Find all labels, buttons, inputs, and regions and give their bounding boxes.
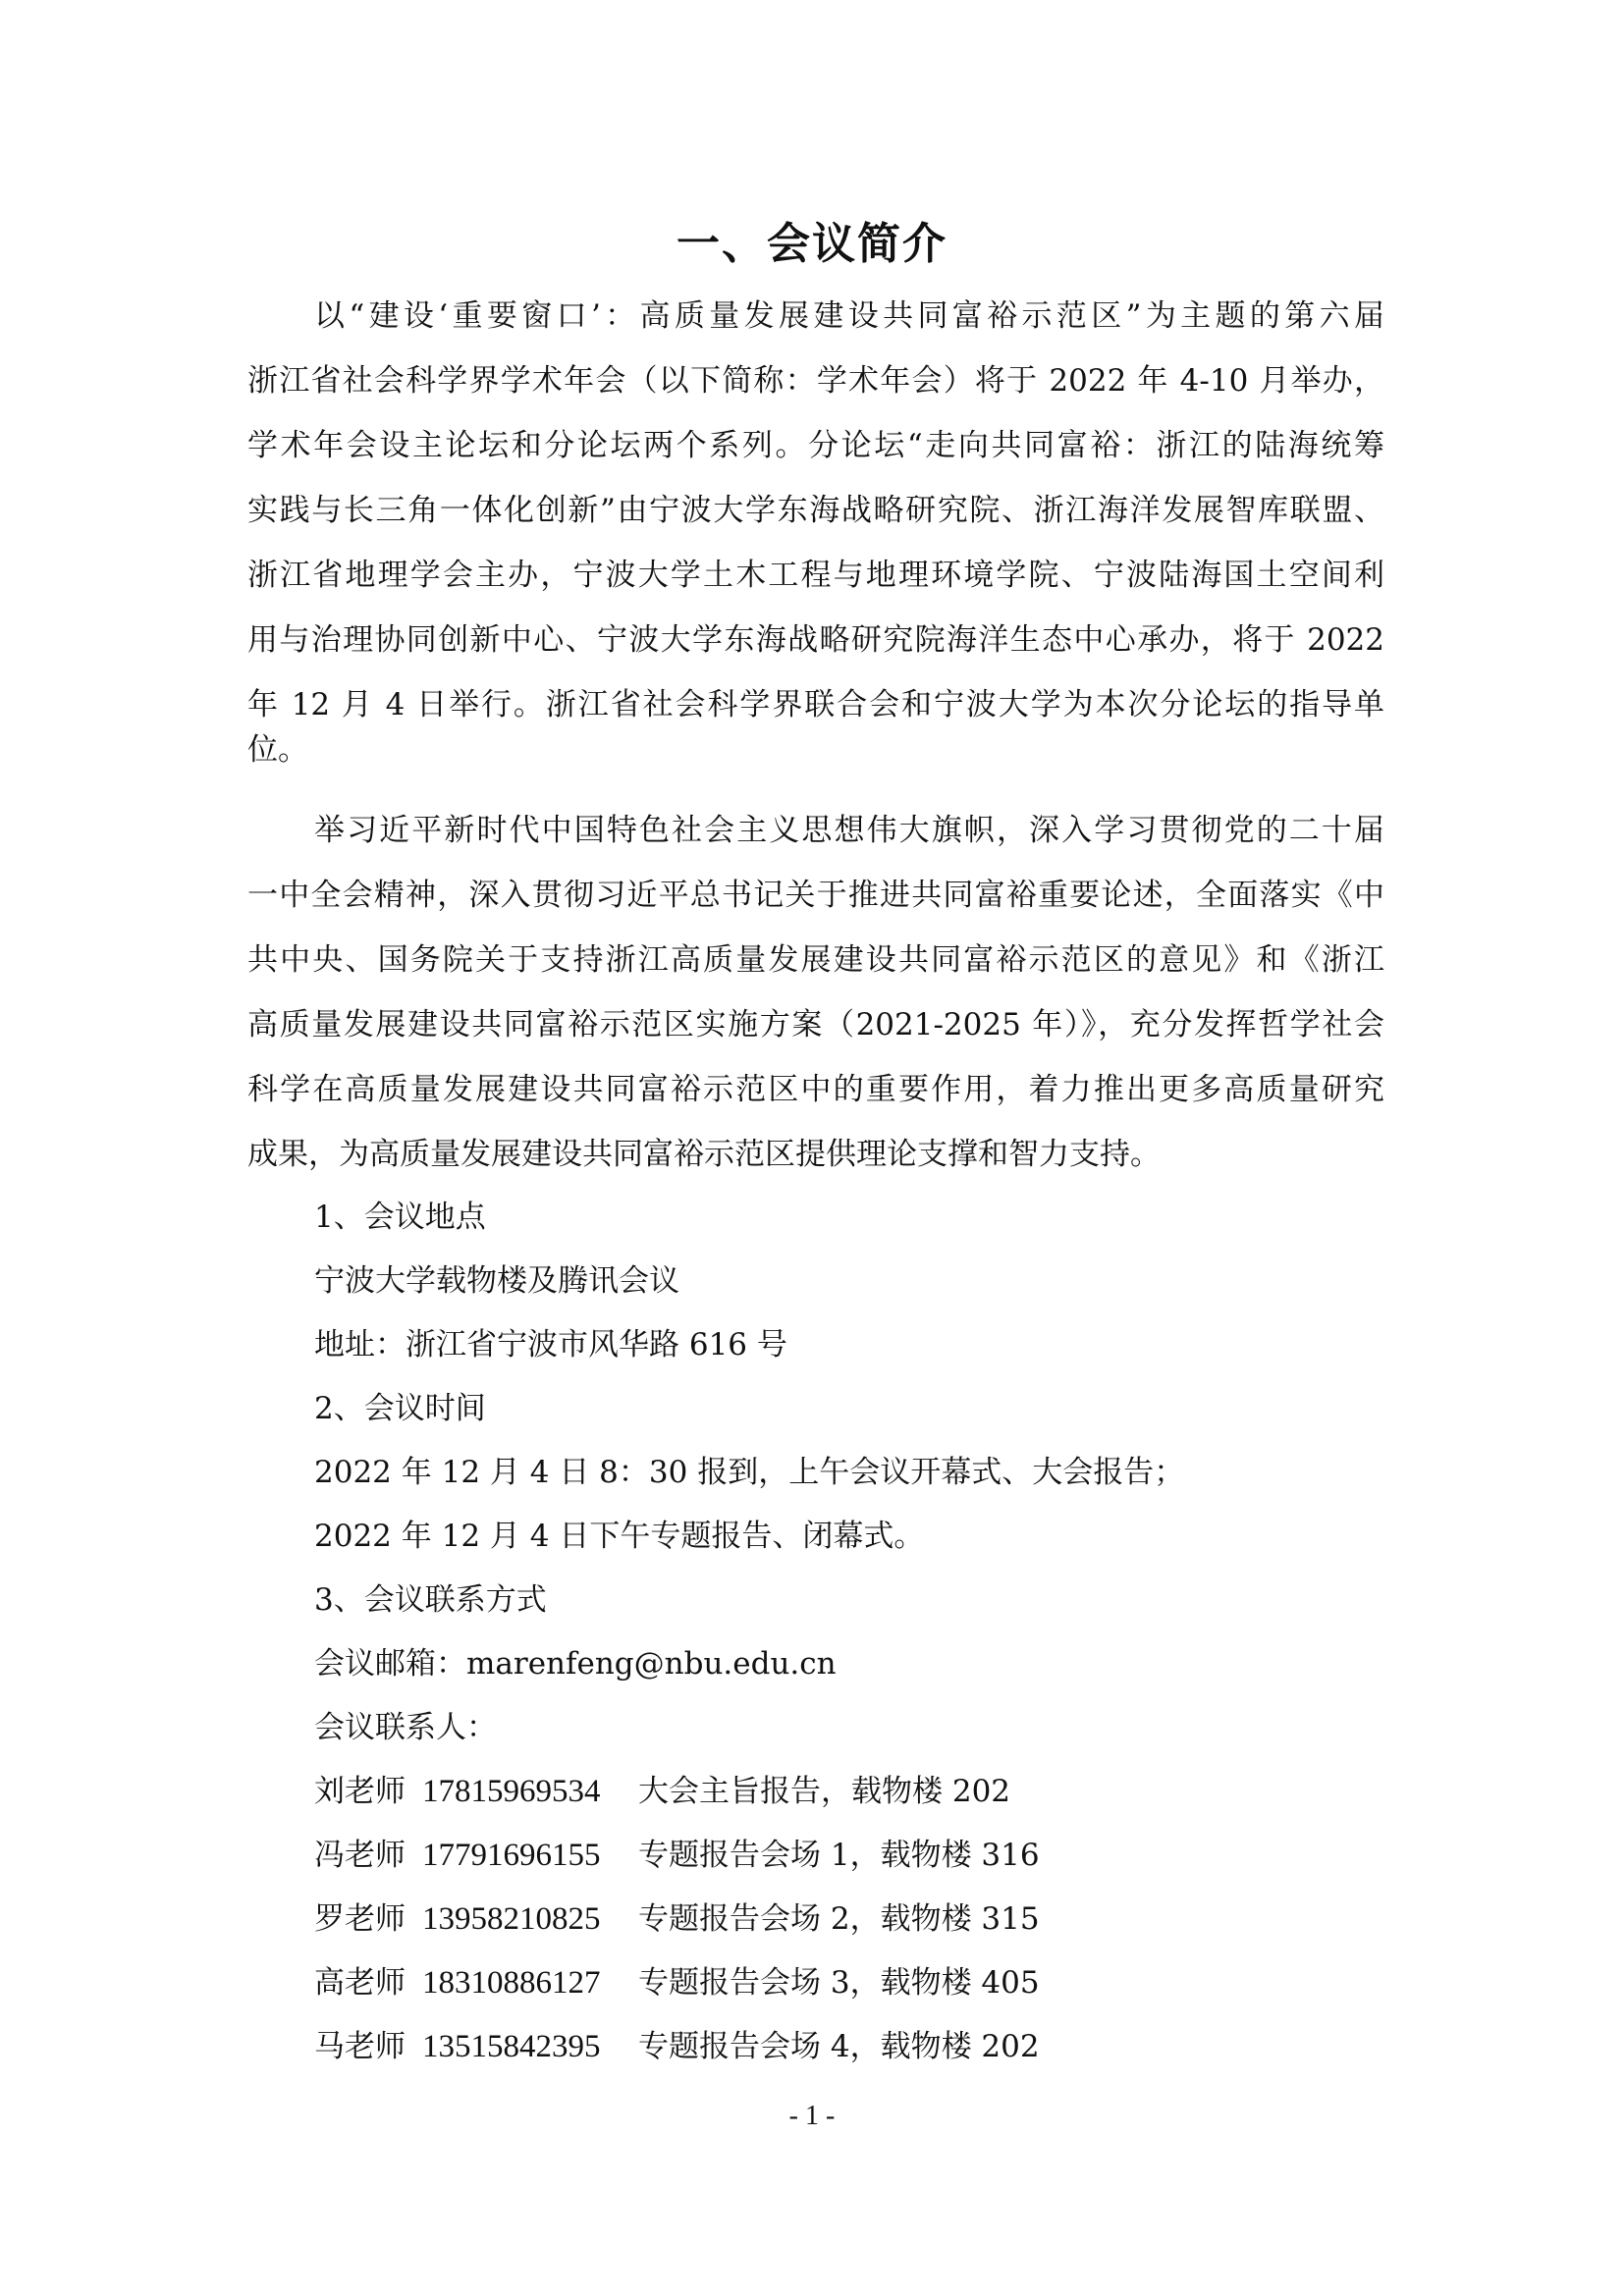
contact-desc: 专题报告会场 2，载物楼 315 bbox=[638, 1899, 1040, 1939]
section-heading-location: 1、会议地点 bbox=[314, 1198, 1451, 1237]
contact-row: 高老师 18310886127 专题报告会场 3，载物楼 405 bbox=[314, 1963, 1040, 2002]
contact-row: 罗老师 13958210825 专题报告会场 2，载物楼 315 bbox=[314, 1899, 1040, 1939]
paragraph-line: 实践与长三角一体化创新”由宁波大学东海战略研究院、浙江海洋发展智库联盟、 bbox=[247, 491, 1384, 530]
contact-name: 高老师 bbox=[314, 1963, 422, 2002]
paragraph-line: 用与治理协同创新中心、宁波大学东海战略研究院海洋生态中心承办，将于 2022 bbox=[247, 620, 1384, 660]
contact-phone: 17791696155 bbox=[422, 1836, 638, 1875]
contact-phone: 18310886127 bbox=[422, 1963, 638, 2002]
contact-row: 冯老师 17791696155 专题报告会场 1，载物楼 316 bbox=[314, 1836, 1040, 1875]
contact-name: 刘老师 bbox=[314, 1772, 422, 1811]
page-title: 一、会议简介 bbox=[0, 208, 1624, 271]
contact-name: 罗老师 bbox=[314, 1899, 422, 1939]
contact-desc: 专题报告会场 1，载物楼 316 bbox=[638, 1836, 1040, 1875]
section-heading-contact: 3、会议联系方式 bbox=[314, 1580, 1451, 1620]
page-number: - 1 - bbox=[0, 2101, 1624, 2132]
email-line[interactable]: 会议邮箱：marenfeng@nbu.edu.cn bbox=[314, 1644, 1451, 1683]
contact-phone: 17815969534 bbox=[422, 1772, 638, 1811]
address-text: 地址：浙江省宁波市风华路 616 号 bbox=[314, 1325, 1451, 1364]
venue-text: 宁波大学载物楼及腾讯会议 bbox=[314, 1261, 1451, 1301]
paragraph-line: 共中央、国务院关于支持浙江高质量发展建设共同富裕示范区的意见》和《浙江 bbox=[247, 940, 1384, 980]
contact-row: 刘老师 17815969534 大会主旨报告，载物楼 202 bbox=[314, 1772, 1010, 1811]
paragraph-line: 浙江省社会科学界学术年会（以下简称：学术年会）将于 2022 年 4-10 月举… bbox=[247, 361, 1384, 400]
paragraph-line: 高质量发展建设共同富裕示范区实施方案（2021-2025 年）》，充分发挥哲学社… bbox=[247, 1005, 1384, 1044]
contact-desc: 专题报告会场 3，载物楼 405 bbox=[638, 1963, 1040, 2002]
paragraph-line: 学术年会设主论坛和分论坛两个系列。分论坛“走向共同富裕：浙江的陆海统筹 bbox=[247, 426, 1384, 465]
paragraph-line: 科学在高质量发展建设共同富裕示范区中的重要作用，着力推出更多高质量研究 bbox=[247, 1070, 1384, 1109]
time-afternoon: 2022 年 12 月 4 日下午专题报告、闭幕式。 bbox=[314, 1517, 1451, 1556]
contact-name: 马老师 bbox=[314, 2027, 422, 2066]
time-morning: 2022 年 12 月 4 日 8：30 报到，上午会议开幕式、大会报告； bbox=[314, 1453, 1451, 1492]
contact-phone: 13958210825 bbox=[422, 1899, 638, 1939]
contact-desc: 大会主旨报告，载物楼 202 bbox=[638, 1772, 1010, 1811]
contact-phone: 13515842395 bbox=[422, 2027, 638, 2066]
paragraph-line: 年 12 月 4 日举行。浙江省社会科学界联合会和宁波大学为本次分论坛的指导单 bbox=[247, 685, 1384, 724]
section-heading-time: 2、会议时间 bbox=[314, 1389, 1451, 1428]
contact-row: 马老师 13515842395 专题报告会场 4，载物楼 202 bbox=[314, 2027, 1040, 2066]
paragraph-line: 浙江省地理学会主办，宁波大学土木工程与地理环境学院、宁波陆海国土空间利 bbox=[247, 556, 1384, 595]
contacts-label: 会议联系人： bbox=[314, 1708, 1451, 1747]
paragraph-line: 以“建设‘重要窗口’：高质量发展建设共同富裕示范区”为主题的第六届 bbox=[314, 296, 1384, 336]
contact-name: 冯老师 bbox=[314, 1836, 422, 1875]
contact-desc: 专题报告会场 4，载物楼 202 bbox=[638, 2027, 1040, 2066]
document-page: 一、会议简介 以“建设‘重要窗口’：高质量发展建设共同富裕示范区”为主题的第六届… bbox=[0, 0, 1624, 2296]
paragraph-line: 举习近平新时代中国特色社会主义思想伟大旗帜，深入学习贯彻党的二十届 bbox=[314, 811, 1384, 850]
paragraph-line: 成果，为高质量发展建设共同富裕示范区提供理论支撑和智力支持。 bbox=[247, 1135, 1384, 1174]
paragraph-line: 位。 bbox=[247, 730, 1384, 770]
paragraph-line: 一中全会精神，深入贯彻习近平总书记关于推进共同富裕重要论述，全面落实《中 bbox=[247, 876, 1384, 915]
